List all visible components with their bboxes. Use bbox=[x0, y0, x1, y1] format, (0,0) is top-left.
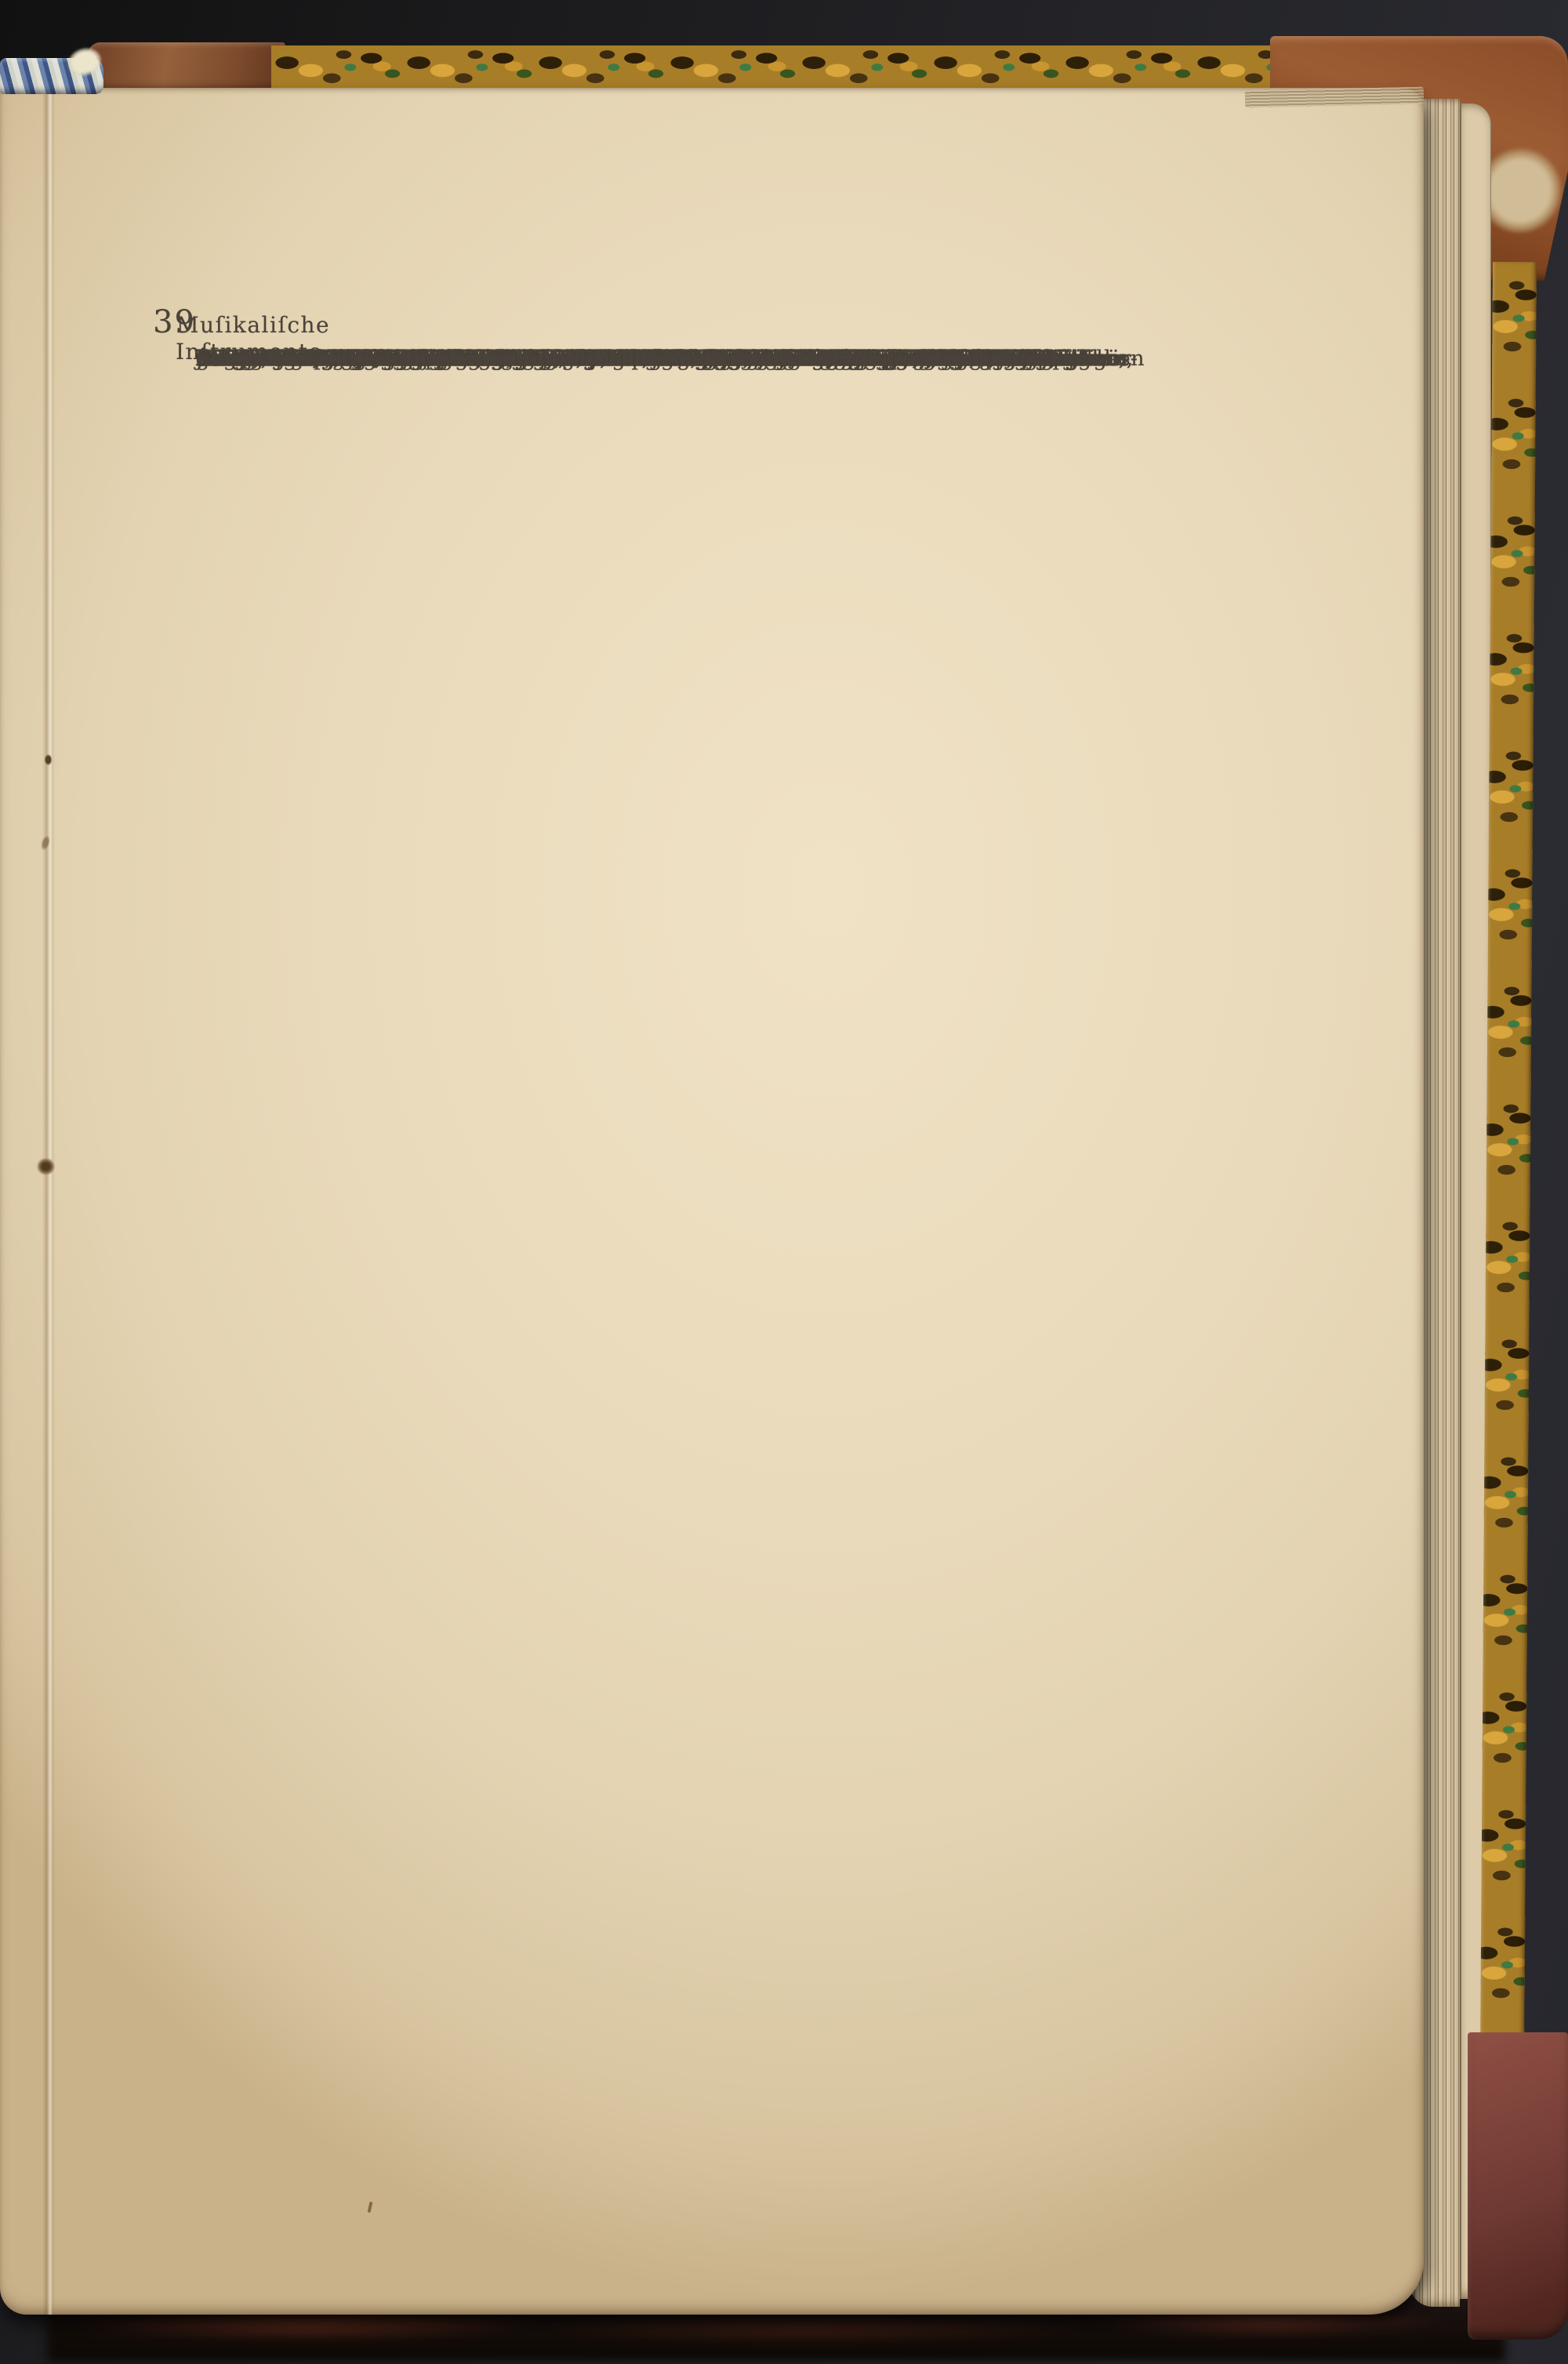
gutter-crease bbox=[42, 88, 55, 2315]
text-line: gezeichnet an den Inſtrumenten iſt die T… bbox=[196, 344, 1076, 373]
paper-fleck bbox=[368, 2202, 373, 2213]
binding-knot bbox=[33, 1151, 61, 1181]
leather-corner-bottom-right bbox=[1468, 2032, 1568, 2340]
leather-spine-top bbox=[88, 42, 285, 91]
book-page bbox=[0, 88, 1424, 2315]
binding-hole bbox=[42, 751, 54, 768]
marbled-cover-top-edge bbox=[271, 45, 1287, 91]
page-number: 39 bbox=[153, 304, 196, 340]
book-photo: Muſikaliſche Inſtrumente. 39 felben Mate… bbox=[0, 0, 1568, 2364]
